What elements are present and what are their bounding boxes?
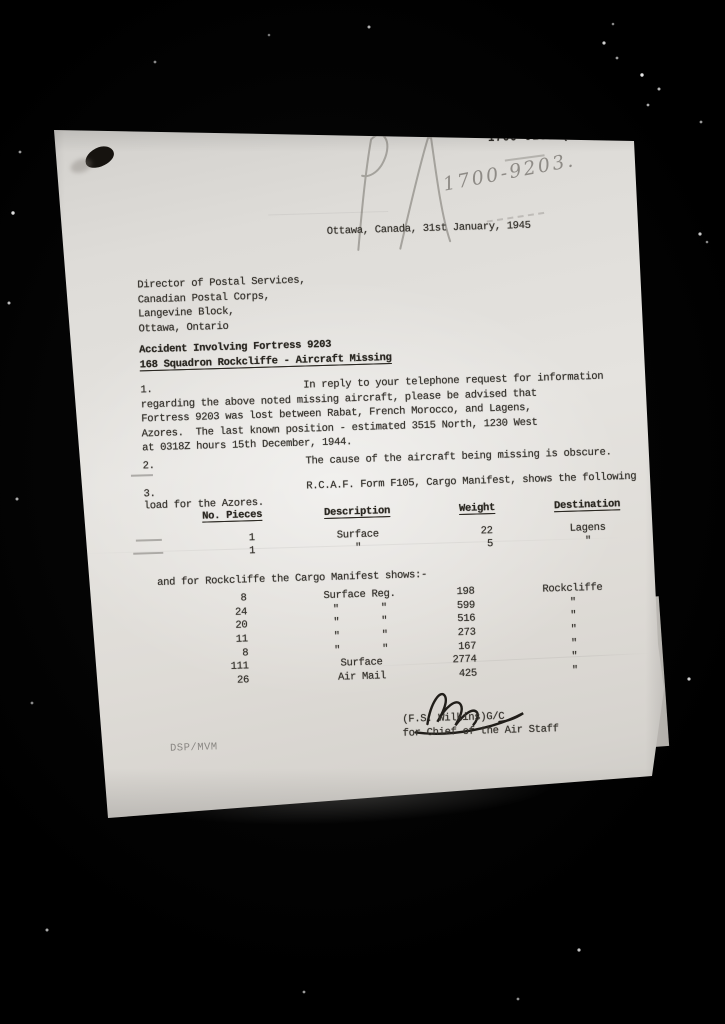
- header-description: Description: [282, 503, 432, 522]
- cell-destination: ": [527, 661, 657, 679]
- header-destination: Destination: [522, 496, 652, 514]
- cell-pieces: 1: [183, 543, 283, 560]
- header-weight: Weight: [432, 500, 522, 517]
- document-page: 1700-9203 (AIR) 1700-9203. Ottawa, Canad…: [46, 124, 670, 824]
- paragraph-number: 3.: [143, 487, 155, 502]
- document-content: 1700-9203 (AIR) 1700-9203. Ottawa, Canad…: [36, 115, 680, 833]
- cell-description: Air Mail: [287, 668, 437, 687]
- ink-blot: [82, 143, 117, 171]
- cell-description: ": [283, 539, 433, 558]
- paragraph-number: 2.: [142, 459, 154, 474]
- pencil-margin-dash: [136, 539, 162, 542]
- scanner-background: 1700-9203 (AIR) 1700-9203. Ottawa, Canad…: [0, 0, 725, 1024]
- header-no-pieces: No. Pieces: [182, 507, 282, 524]
- file-reference: 1700-9203 (AIR): [488, 129, 599, 147]
- paragraph-number: 1.: [140, 383, 152, 398]
- cell-weight: 425: [437, 665, 527, 682]
- recipient-address: Director of Postal Services, Canadian Po…: [137, 265, 599, 337]
- cell-destination: ": [523, 532, 653, 550]
- dust-specks: [0, 0, 2, 2]
- paragraph-1: 1. In reply to your telephone request fo…: [140, 370, 602, 456]
- pencil-margin-dash: [131, 474, 153, 477]
- subject-block: Accident Involving Fortress 9203 168 Squ…: [139, 330, 600, 373]
- pencil-margin-dash: [133, 552, 163, 555]
- cell-pieces: 26: [187, 672, 287, 689]
- cell-weight: 5: [433, 536, 523, 553]
- typist-initials: DSP/MVM: [170, 740, 218, 756]
